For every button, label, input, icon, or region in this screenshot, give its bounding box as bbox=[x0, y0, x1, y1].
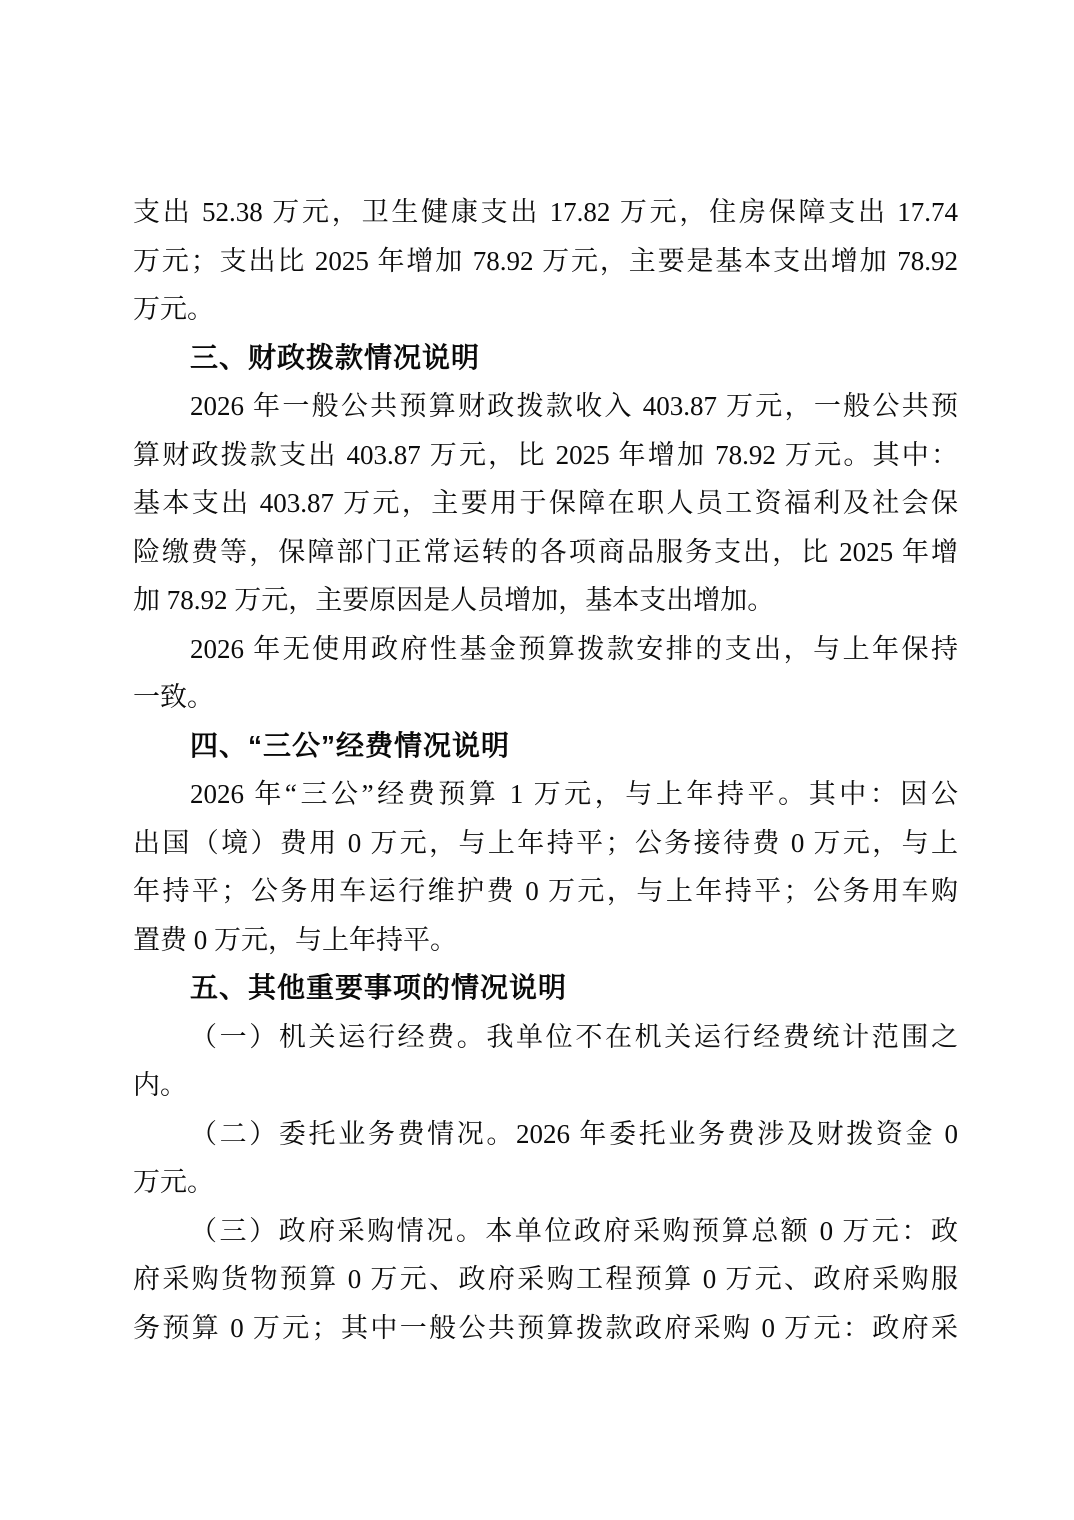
body-line: 府采购货物预算 0 万元、政府采购工程预算 0 万元、政府采购服 bbox=[133, 1255, 958, 1304]
body-line: 2026 年无使用政府性基金预算拨款安排的支出，与上年保持 bbox=[133, 625, 958, 674]
body-line: 2026 年一般公共预算财政拨款收入 403.87 万元，一般公共预 bbox=[133, 382, 958, 431]
body-line: （一）机关运行经费。我单位不在机关运行经费统计范围之 bbox=[133, 1013, 958, 1062]
body-line: 内。 bbox=[133, 1061, 958, 1110]
section-heading-3: 三、财政拨款情况说明 bbox=[133, 334, 958, 383]
body-line: 万元；支出比 2025 年增加 78.92 万元，主要是基本支出增加 78.92 bbox=[133, 237, 958, 286]
body-line: 算财政拨款支出 403.87 万元，比 2025 年增加 78.92 万元。其中… bbox=[133, 431, 958, 480]
body-line: （二）委托业务费情况。2026 年委托业务费涉及财拨资金 0 bbox=[133, 1110, 958, 1159]
body-line: 2026 年“三公”经费预算 1 万元，与上年持平。其中：因公 bbox=[133, 770, 958, 819]
body-line: （三）政府采购情况。本单位政府采购预算总额 0 万元：政 bbox=[133, 1207, 958, 1256]
body-line: 险缴费等，保障部门正常运转的各项商品服务支出，比 2025 年增 bbox=[133, 528, 958, 577]
body-line: 支出 52.38 万元，卫生健康支出 17.82 万元，住房保障支出 17.74 bbox=[133, 188, 958, 237]
body-line: 万元。 bbox=[133, 285, 958, 334]
body-line: 务预算 0 万元；其中一般公共预算拨款政府采购 0 万元：政府采 bbox=[133, 1304, 958, 1353]
body-line: 置费 0 万元，与上年持平。 bbox=[133, 916, 958, 965]
section-heading-5: 五、其他重要事项的情况说明 bbox=[133, 964, 958, 1013]
section-heading-4: 四、“三公”经费情况说明 bbox=[133, 722, 958, 771]
document-page: 支出 52.38 万元，卫生健康支出 17.82 万元，住房保障支出 17.74… bbox=[0, 0, 1074, 1520]
body-line: 年持平；公务用车运行维护费 0 万元，与上年持平；公务用车购 bbox=[133, 867, 958, 916]
body-line: 万元。 bbox=[133, 1158, 958, 1207]
body-line: 加 78.92 万元，主要原因是人员增加，基本支出增加。 bbox=[133, 576, 958, 625]
body-line: 一致。 bbox=[133, 673, 958, 722]
body-line: 基本支出 403.87 万元，主要用于保障在职人员工资福利及社会保 bbox=[133, 479, 958, 528]
body-line: 出国（境）费用 0 万元，与上年持平；公务接待费 0 万元，与上 bbox=[133, 819, 958, 868]
